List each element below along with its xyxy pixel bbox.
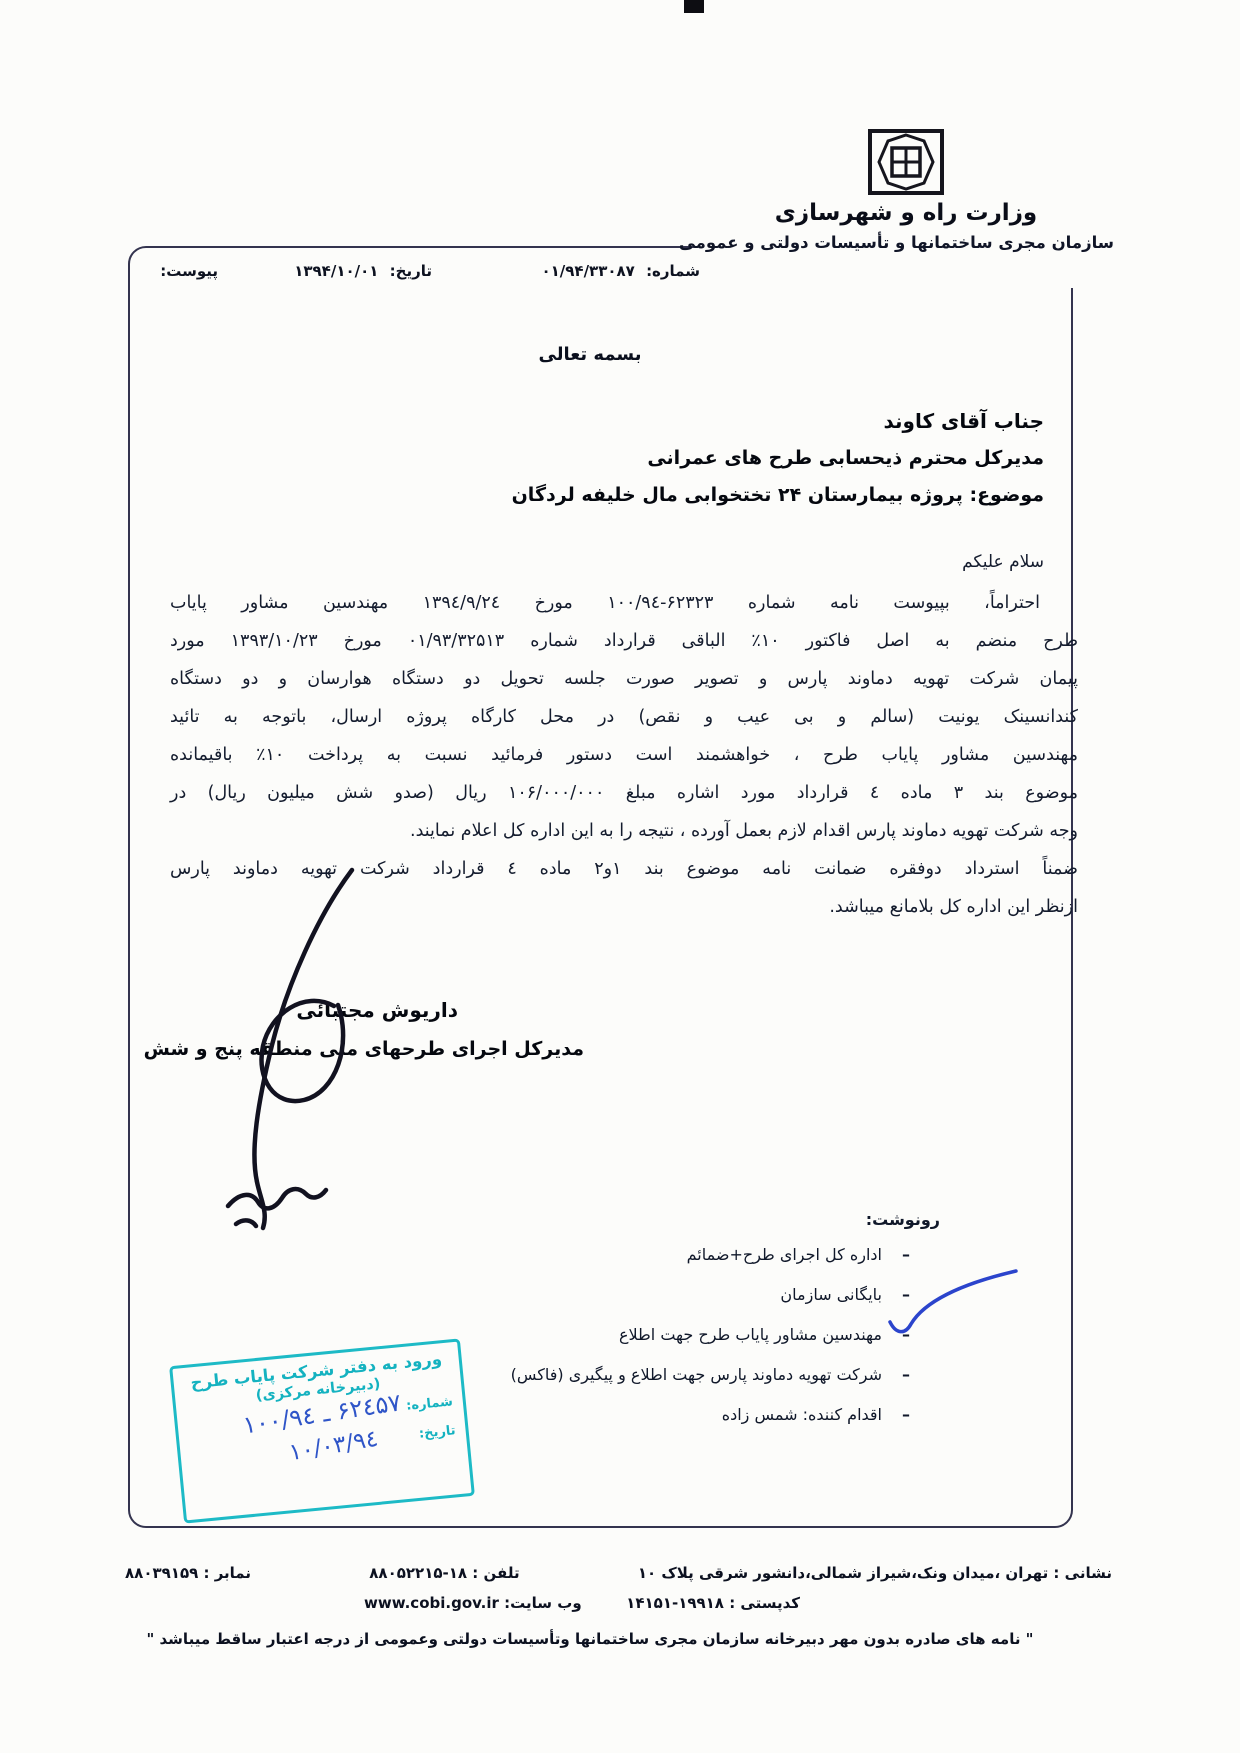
letter-attachment-label: پیوست: [160,262,218,280]
cc-label: رونوشت: [866,1210,940,1229]
cc-item: –مهندسین مشاور پایاب طرح جهت اطلاع [511,1315,910,1355]
footer-postal-code: کدپستی : ۱۹۹۱۸-۱۴۱۵۱ [626,1594,800,1612]
letter-number-label: شماره: [646,262,700,280]
letter-date-field: تاریخ: ۱۳۹۴/۱۰/۰۱ [294,262,432,280]
recipient-block: جناب آقای کاوند مدیرکل محترم ذیحسابی طرح… [512,403,1044,514]
stamp-date-handwritten: ۹٤/۱۰/۰۳ [288,1426,381,1466]
subject-line: موضوع: پروژه بیمارستان ۲۴ تختخوابی مال خ… [512,477,1044,514]
letter-attachment-field: پیوست: [160,262,218,280]
handwritten-signature [170,850,490,1250]
letter-number-field: شماره: ۰۱/۹۴/۳۳۰۸۷ [541,262,700,280]
cc-item-text: اقدام کننده: شمس زاده [722,1395,882,1435]
footer-web-row: کدپستی : ۱۹۹۱۸-۱۴۱۵۱ وب سایت: www.cobi.g… [360,1594,800,1612]
scanned-letter-page: وزارت راه و شهرسازی سازمان مجری ساختمانه… [0,0,1240,1753]
dash-bullet: – [902,1275,910,1315]
cc-item-text: بایگانی سازمان [780,1275,882,1315]
footer-website-url: www.cobi.gov.ir [364,1594,499,1612]
ministry-name: وزارت راه و شهرسازی [698,200,1114,226]
dash-bullet: – [902,1235,910,1275]
cc-item: –اداره کل اجرای طرح+ضمائم [511,1235,910,1275]
organization-name: سازمان مجری ساختمانها و تأسیسات دولتی و … [698,233,1114,252]
dash-bullet: – [902,1315,910,1355]
ministry-logo-icon [867,128,945,196]
body-line: موضوع بند ۳ ماده ٤ قرارداد مورد اشاره مب… [170,774,1078,812]
stamp-date-label: تاریخ: [403,1423,456,1443]
footer-website-label: وب سایت: [504,1594,582,1612]
besmeh-taala: بسمه تعالی [0,344,1180,365]
cc-item-text: اداره کل اجرای طرح+ضمائم [687,1235,882,1275]
stamp-number-label: شماره: [400,1394,453,1414]
body-line: وجه شرکت تهویه دماوند پارس اقدام لازم بع… [170,812,1078,850]
cc-item-text: مهندسین مشاور پایاب طرح جهت اطلاع [619,1315,882,1355]
body-line: پیمان شرکت تهویه دماوند پارس و تصویر صور… [170,660,1078,698]
letter-date-value: ۱۳۹۴/۱۰/۰۱ [294,262,378,280]
footer-disclaimer: " نامه های صادره بدون مهر دبیرخانه سازما… [60,1630,1120,1648]
recipient-name: جناب آقای کاوند [512,403,1044,440]
cc-item: –شرکت تهویه دماوند پارس جهت اطلاع و پیگی… [511,1355,910,1395]
body-line: طرح منضم به اصل فاکتور ۱۰٪ الباقی قراردا… [170,622,1078,660]
received-stamp: ورود به دفتر شرکت پایاب طرح (دبیرخانه مر… [169,1338,475,1523]
cc-item: –بایگانی سازمان [511,1275,910,1315]
footer-address: نشانی : تهران ،میدان ونک،شیراز شمالی،دان… [638,1564,1112,1582]
letterhead: وزارت راه و شهرسازی سازمان مجری ساختمانه… [698,120,1114,288]
letter-number-value: ۰۱/۹۴/۳۳۰۸۷ [541,262,634,280]
body-line: احتراماً، بپیوست نامه شماره ۶۲۳۲۳-۱۰۰/۹٤… [170,584,1078,622]
cc-item: –اقدام کننده: شمس زاده [511,1395,910,1435]
dash-bullet: – [902,1355,910,1395]
salutation: سلام علیکم [962,552,1044,572]
body-line: مهندسین مشاور پایاب طرح ، خواهشمند است د… [170,736,1078,774]
recipient-title: مدیرکل محترم ذیحسابی طرح های عمرانی [512,440,1044,477]
footer-website: وب سایت: www.cobi.gov.ir [360,1594,582,1612]
cc-list: –اداره کل اجرای طرح+ضمائم –بایگانی سازما… [511,1235,910,1435]
cc-item-text: شرکت تهویه دماوند پارس جهت اطلاع و پیگیر… [511,1355,882,1395]
footer-phone: تلفن : ۱۸-۸۸۰۵۲۲۱۵ [369,1564,519,1582]
scan-artifact-mark [684,0,704,13]
letter-date-label: تاریخ: [390,262,432,280]
footer-contact-row: نشانی : تهران ،میدان ونک،شیراز شمالی،دان… [125,1564,1112,1582]
body-line: کندانسینک یونیت (سالم و بی عیب و نقص) در… [170,698,1078,736]
dash-bullet: – [902,1395,910,1435]
footer-fax: نمابر : ۸۸۰۳۹۱۵۹ [125,1564,251,1582]
